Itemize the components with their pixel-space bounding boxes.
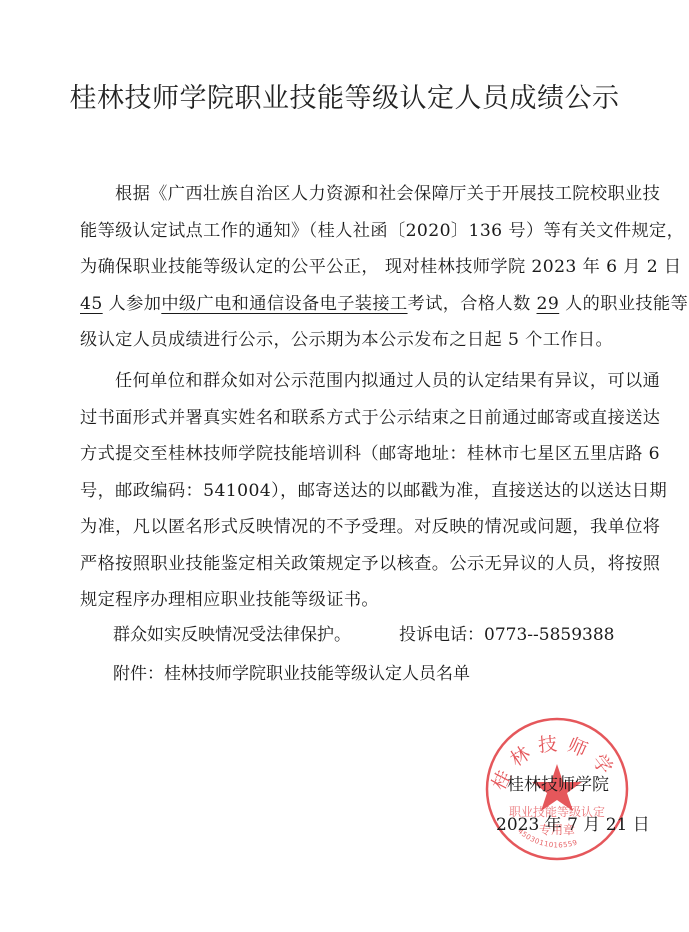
attachment-label: 附件： — [113, 664, 164, 684]
legal-protection-line: 群众如实反映情况受法律保护。投诉电话：0773--5859388 — [113, 620, 614, 645]
text-fragment: 人的职业技能等 — [559, 294, 688, 314]
document-title: 桂林技师学院职业技能等级认定人员成绩公示 — [0, 76, 689, 115]
text-fragment: 考试，合格人数 — [408, 294, 537, 314]
paragraph-line: 号，邮政编码：541004），邮寄送达的以邮戳为准，直接送达的以送达日期 — [80, 473, 625, 510]
paragraph-line: 方式提交至桂林技师学院技能培训科（邮寄地址：桂林市七星区五里店路 6 — [80, 436, 625, 473]
paragraph-line: 严格按照职业技能鉴定相关政策规定予以核查。公示无异议的人员，将按照 — [80, 546, 625, 583]
complaint-phone: 0773--5859388 — [484, 625, 614, 645]
text-fragment: 人参加 — [103, 294, 162, 314]
legal-protection-text: 群众如实反映情况受法律保护。 — [113, 625, 351, 645]
paragraph-line: 45 人参加中级广电和通信设备电子装接工考试，合格人数 29 人的职业技能等 — [80, 286, 625, 323]
attachment-line: 附件：桂林技师学院职业技能等级认定人员名单 — [113, 659, 470, 684]
passed-count: 29 — [537, 294, 560, 314]
paragraph-line: 任何单位和群众如对公示范围内拟通过人员的认定结果有异议，可以通 — [80, 363, 625, 400]
participants-count: 45 — [80, 294, 103, 314]
exam-name: 中级广电和通信设备电子装接工 — [161, 294, 407, 314]
signature-org: 桂林技师学院 — [507, 770, 609, 795]
paragraph-objection: 任何单位和群众如对公示范围内拟通过人员的认定结果有异议，可以通 过书面形式并署真… — [80, 363, 625, 619]
paragraph-line: 级认定人员成绩进行公示，公示期为本公示发布之日起 5 个工作日。 — [80, 322, 625, 359]
paragraph-line: 为准，凡以匿名形式反映情况的不予受理。对反映的情况或问题，我单位将 — [80, 509, 625, 546]
attachment-name: 桂林技师学院职业技能等级认定人员名单 — [164, 664, 470, 684]
paragraph-line: 能等级认定试点工作的通知》（桂人社函〔2020〕136 号）等有关文件规定， — [80, 213, 625, 250]
paragraph-basis: 根据《广西壮族自治区人力资源和社会保障厅关于开展技工院校职业技 能等级认定试点工… — [80, 176, 625, 359]
paragraph-line: 根据《广西壮族自治区人力资源和社会保障厅关于开展技工院校职业技 — [80, 176, 625, 213]
phone-label: 投诉电话： — [399, 625, 484, 645]
paragraph-line: 为确保职业技能等级认定的公平公正， 现对桂林技师学院 2023 年 6 月 2 … — [80, 249, 625, 286]
paragraph-line: 规定程序办理相应职业技能等级证书。 — [80, 582, 625, 619]
signature-date: 2023 年 7 月 21 日 — [496, 810, 650, 835]
paragraph-line: 过书面形式并署真实姓名和联系方式于公示结束之日前通过邮寄或直接送达 — [80, 400, 625, 437]
